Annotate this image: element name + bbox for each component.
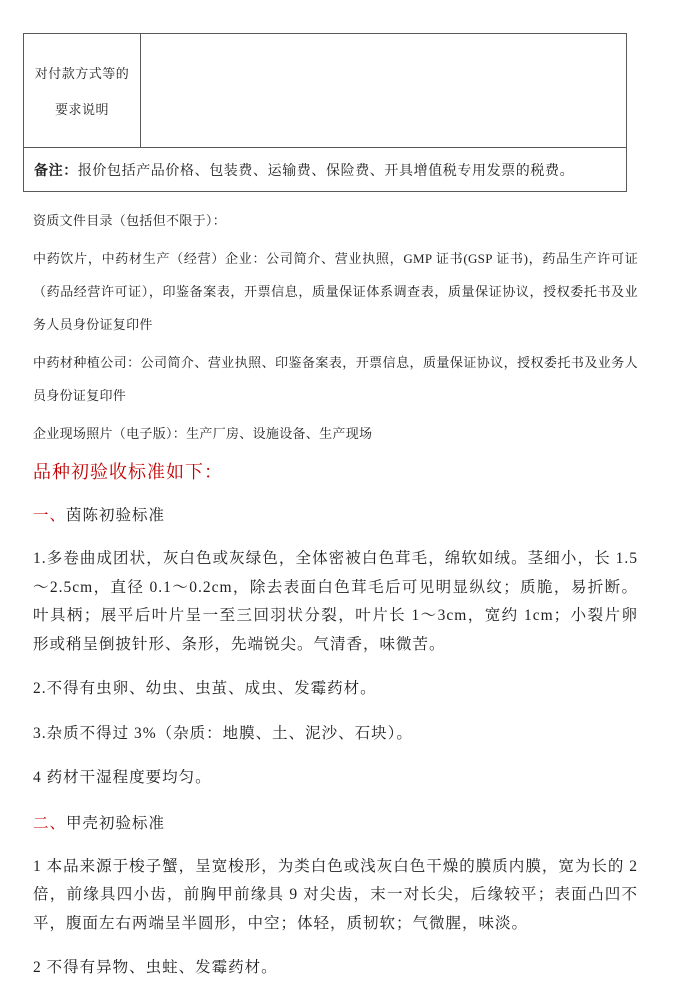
payment-label-line2: 要求说明: [55, 99, 109, 118]
yinchen-standard-item: 2.不得有虫卵、幼虫、虫茧、成虫、发霉药材。: [33, 675, 638, 704]
remark-row: 备注：报价包括产品价格、包装费、运输费、保险费、开具增值税专用发票的税费。: [24, 148, 626, 191]
yinchen-standard-item: 1.多卷曲成团状，灰白色或灰绿色，全体密被白色茸毛，绵软如绒。茎细小，长 1.5…: [33, 545, 638, 659]
remark-label: 备注：: [34, 160, 78, 180]
section-number: 二、: [33, 815, 66, 832]
payment-method-label-cell: 对付款方式等的 要求说明: [24, 34, 141, 147]
section-title: 甲壳初验标准: [66, 815, 165, 832]
document-body: 资质文件目录（包括但不限于）： 中药饮片，中药材生产（经营）企业：公司简介、营业…: [0, 204, 700, 983]
document-page: 对付款方式等的 要求说明 备注：报价包括产品价格、包装费、运输费、保险费、开具增…: [0, 0, 700, 990]
jiake-standard-item: 2 不得有异物、虫蛀、发霉药材。: [33, 954, 638, 983]
payment-table-row: 对付款方式等的 要求说明: [24, 34, 626, 148]
yinchen-standard-item: 4 药材干湿程度要均匀。: [33, 764, 638, 793]
remark-text: 报价包括产品价格、包装费、运输费、保险费、开具增值税专用发票的税费。: [78, 160, 574, 180]
payment-method-value-cell: [141, 34, 626, 147]
jiake-standard-item: 1 本品来源于梭子蟹，呈宽梭形，为类白色或浅灰白色干燥的膜质内膜，宽为长的 2 …: [33, 853, 638, 939]
payment-requirements-table: 对付款方式等的 要求说明 备注：报价包括产品价格、包装费、运输费、保险费、开具增…: [23, 33, 627, 192]
qualification-directory-title: 资质文件目录（包括但不限于）：: [33, 204, 638, 237]
acceptance-standards-heading: 品种初验收标准如下：: [33, 459, 638, 485]
section-number: 一、: [33, 507, 66, 524]
qualification-item-herb-enterprise: 中药饮片，中药材生产（经营）企业：公司简介、营业执照，GMP 证书(GSP 证书…: [33, 242, 638, 341]
section-heading-jiake: 二、甲壳初验标准: [33, 811, 638, 837]
yinchen-standard-item: 3.杂质不得过 3%（杂质：地膜、土、泥沙、石块）。: [33, 720, 638, 749]
payment-label-line1: 对付款方式等的: [35, 63, 130, 82]
section-heading-yinchen: 一、茵陈初验标准: [33, 503, 638, 529]
section-title: 茵陈初验标准: [66, 507, 165, 524]
qualification-item-site-photos: 企业现场照片（电子版）：生产厂房、设施设备、生产现场: [33, 417, 638, 450]
qualification-item-planting-company: 中药材种植公司：公司简介、营业执照、印鉴备案表，开票信息，质量保证协议，授权委托…: [33, 346, 638, 412]
